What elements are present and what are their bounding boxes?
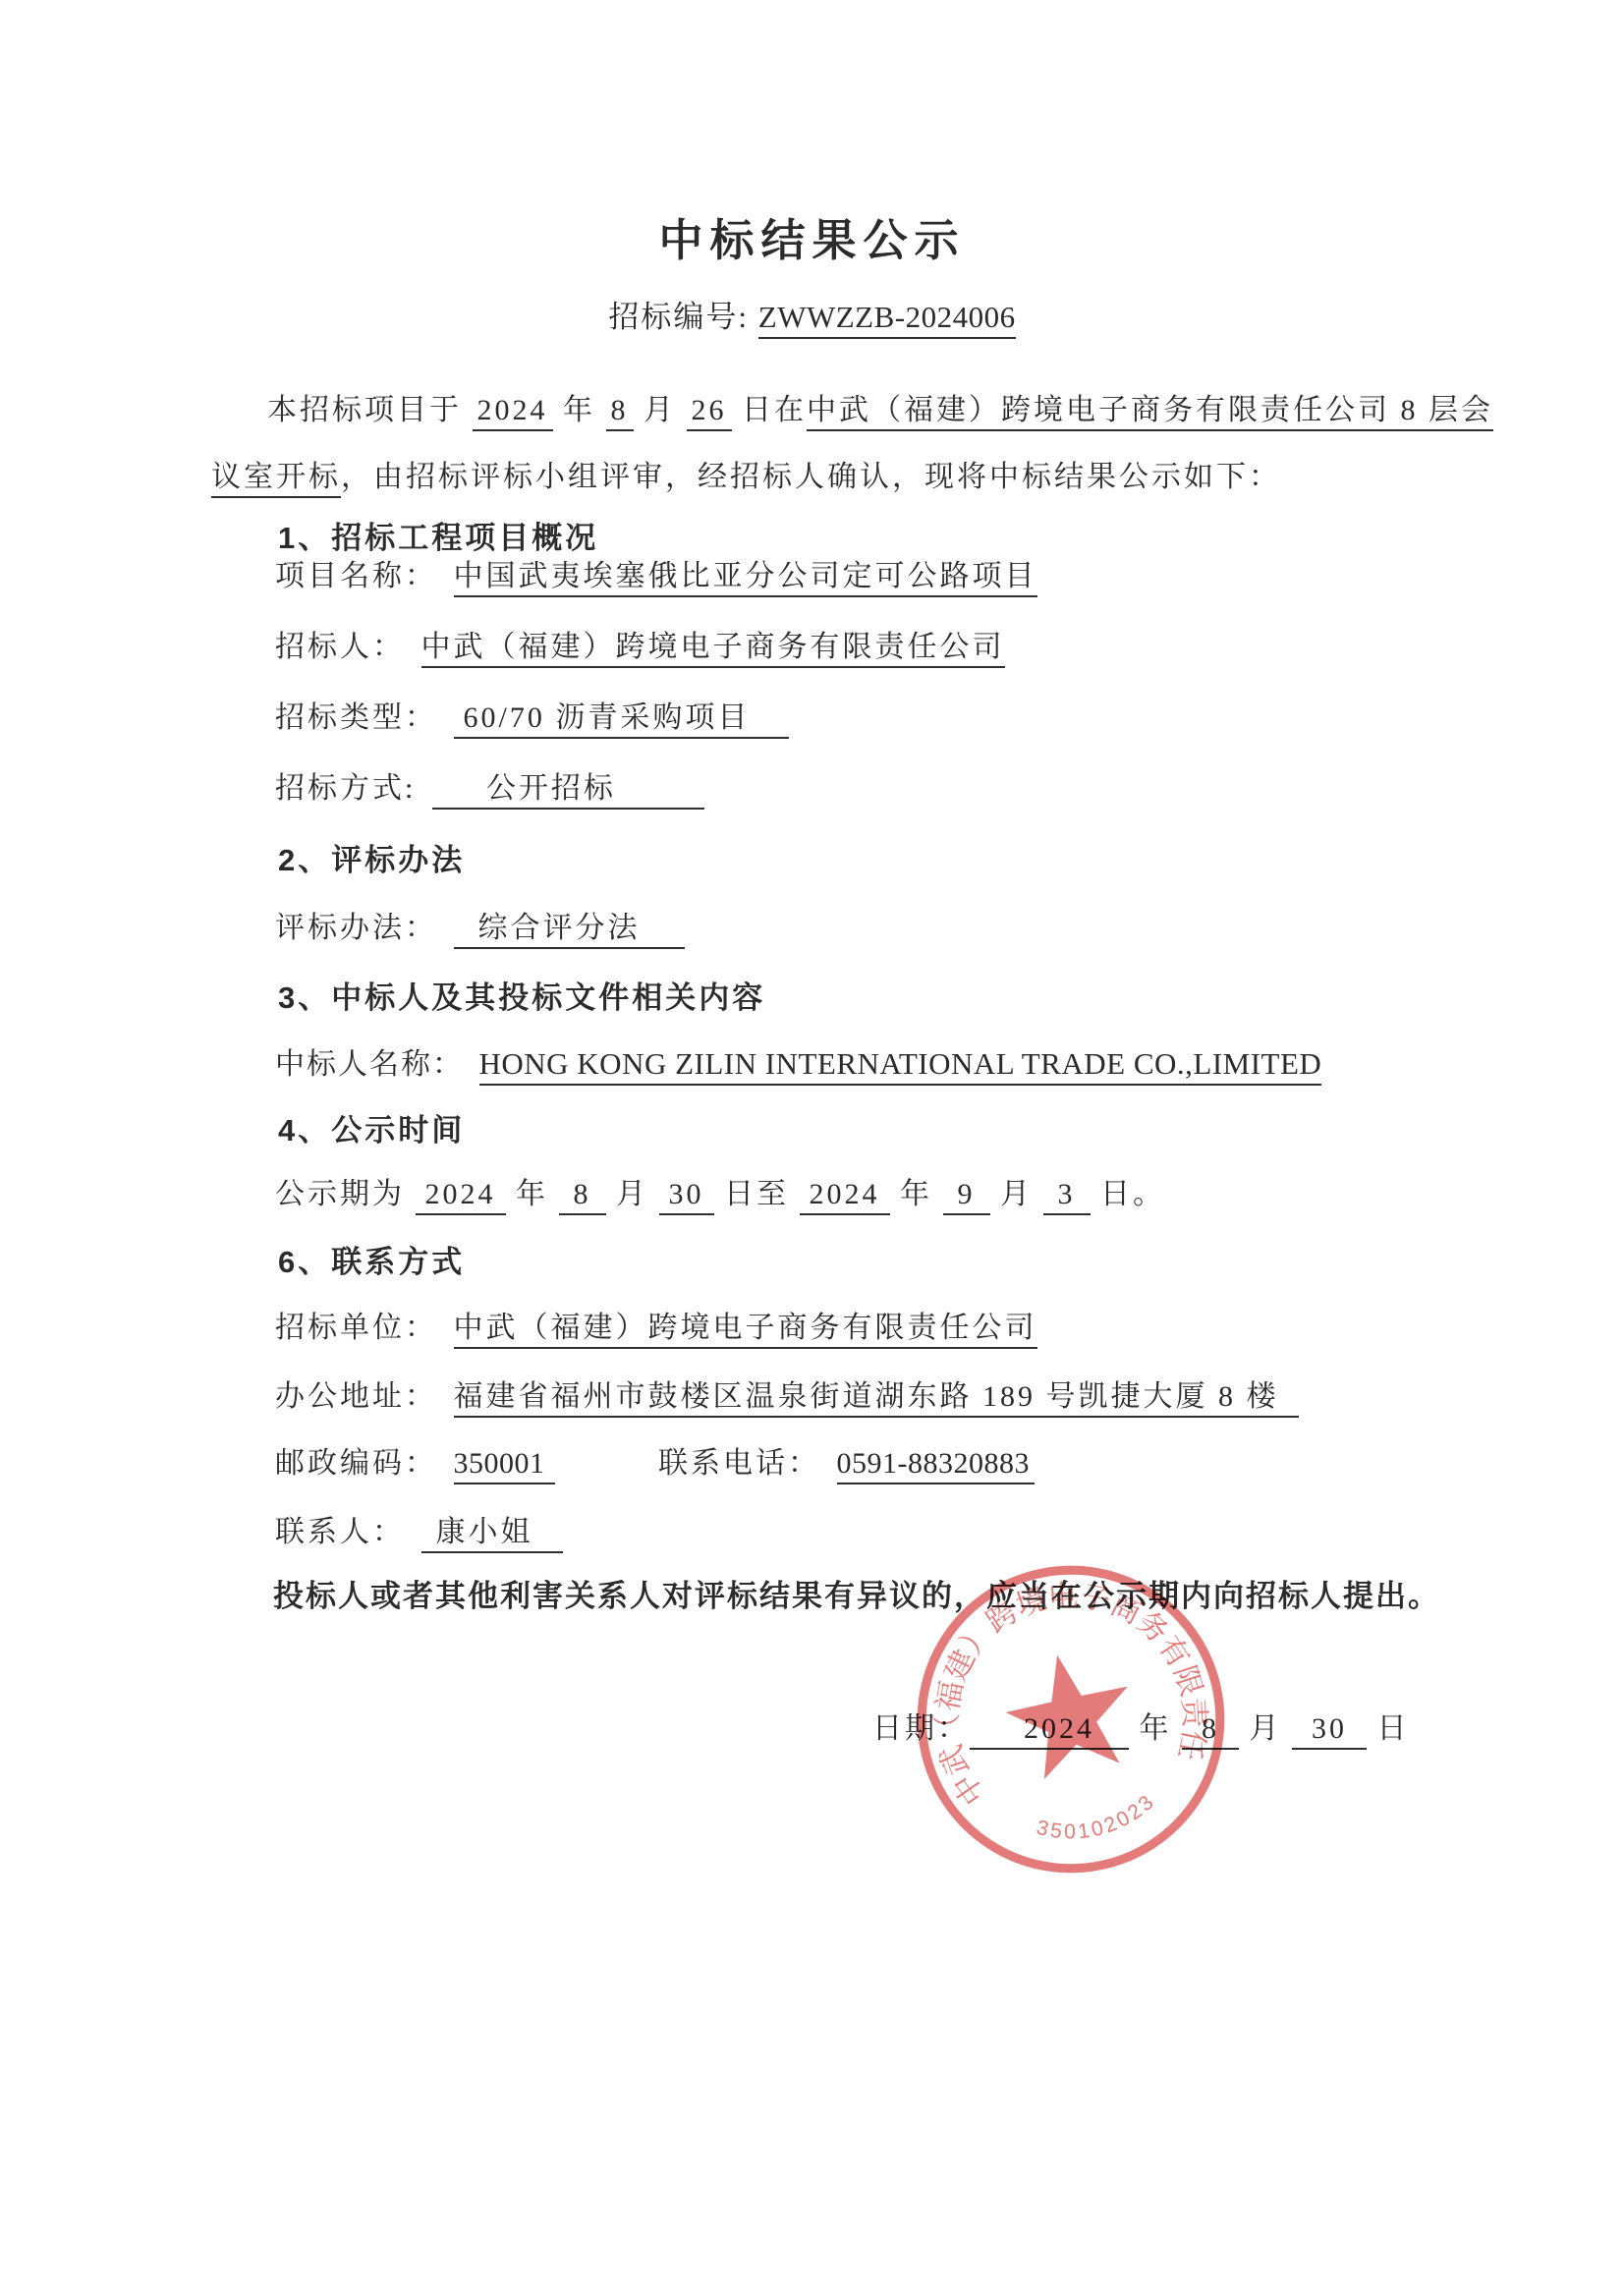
field-row-unit: 招标单位： 中武（福建）跨境电子商务有限责任公司 <box>275 1309 1037 1349</box>
underlined-text-segment: 30 <box>1292 1712 1367 1750</box>
field-row-contact-person: 联系人： 康小姐 <box>275 1513 563 1553</box>
bid-number-line: 招标编号: ZWWZZB-2024006 <box>0 297 1624 338</box>
intro-paragraph-line-1: 本招标项目于 2024 年 8 月 26 日在中武（福建）跨境电子商务有限责任公… <box>267 391 1493 431</box>
section-heading-contact: 6、联系方式 <box>278 1242 465 1283</box>
underlined-text-segment: 2024 <box>416 1178 506 1215</box>
field-row-tenderee: 招标人： 中武（福建）跨境电子商务有限责任公司 <box>275 628 1005 668</box>
underlined-text-segment: 2024 <box>800 1178 890 1215</box>
section-heading-overview: 1、招标工程项目概况 <box>278 518 598 559</box>
text-segment: 本招标项目于 <box>267 394 473 426</box>
tenderee-label: 招标人： <box>275 631 405 663</box>
underlined-text-segment: 26 <box>687 394 732 431</box>
field-row-eval-method: 评标办法： 综合评分法 <box>275 909 685 949</box>
winner-name-value: HONG KONG ZILIN INTERNATIONAL TRADE CO.,… <box>479 1046 1322 1086</box>
winner-name-label: 中标人名称： <box>275 1048 464 1081</box>
page-title: 中标结果公示 <box>0 211 1624 271</box>
underlined-text-segment: 8 <box>606 394 634 431</box>
seal-graphic: 中武（福建）跨境电子商务有限责任公司 3501020239962 <box>870 1519 1271 1920</box>
contact-person-value: 康小姐 <box>421 1516 563 1553</box>
underlined-text-segment: 中武（福建）跨境电子商务有限责任公司 8 层会 <box>807 394 1493 431</box>
unit-label: 招标单位： <box>275 1312 437 1344</box>
bid-type-value: 60/70 沥青采购项目 <box>454 701 790 739</box>
phone-label: 联系电话： <box>658 1447 820 1480</box>
text-segment: 公示期为 <box>275 1178 416 1210</box>
postcode-label: 邮政编码： <box>275 1447 437 1480</box>
field-row-address: 办公地址： 福建省福州市鼓楼区温泉街道湖东路 189 号凯捷大厦 8 楼 <box>275 1377 1299 1418</box>
bid-method-value: 公开招标 <box>432 772 704 810</box>
text-segment: 年 <box>506 1178 559 1210</box>
bid-method-label: 招标方式: <box>275 772 416 805</box>
underlined-text-segment: 8 <box>559 1178 606 1215</box>
text-segment: 年 <box>553 394 606 426</box>
text-segment: 日 <box>1367 1712 1410 1745</box>
underlined-text-segment: 2024 <box>473 394 553 431</box>
field-row-project-name: 项目名称： 中国武夷埃塞俄比亚分公司定可公路项目 <box>275 557 1037 597</box>
intro-paragraph-line-2: 议室开标，由招标评标小组评审，经招标人确认，现将中标结果公示如下： <box>211 458 1281 498</box>
scanned-document-page: 中标结果公示 招标编号: ZWWZZB-2024006 本招标项目于 2024 … <box>0 0 1624 2295</box>
field-row-bid-type: 招标类型： 60/70 沥青采购项目 <box>275 699 789 739</box>
text-segment: 月 <box>606 1178 659 1210</box>
publicity-period-line: 公示期为 2024 年 8 月 30 日至 2024 年 9 月 3 日。 <box>275 1175 1165 1215</box>
section-heading-winner: 3、中标人及其投标文件相关内容 <box>278 978 765 1019</box>
section-heading-evaluation: 2、评标办法 <box>278 840 465 881</box>
text-segment: 月 <box>634 394 687 426</box>
seal-company-name: 中武（福建）跨境电子商务有限责任公司 <box>870 1519 1223 1826</box>
project-name-label: 项目名称： <box>275 560 437 592</box>
address-value: 福建省福州市鼓楼区温泉街道湖东路 189 号凯捷大厦 8 楼 <box>454 1380 1299 1418</box>
field-row-postcode-phone: 邮政编码： 350001 联系电话： 0591-88320883 <box>275 1444 1035 1484</box>
text-segment: 日至 <box>714 1178 800 1210</box>
contact-person-label: 联系人： <box>275 1516 405 1548</box>
bid-number-value: ZWWZZB-2024006 <box>758 300 1016 339</box>
eval-method-label: 评标办法： <box>275 912 437 944</box>
section-heading-publicity: 4、公示时间 <box>278 1110 465 1151</box>
bid-number-label: 招标编号: <box>608 300 749 334</box>
underlined-text-segment: 9 <box>943 1178 990 1215</box>
field-row-bid-method: 招标方式: 公开招标 <box>275 769 704 810</box>
text-segment: 月 <box>990 1178 1043 1210</box>
postcode-value: 350001 <box>454 1447 555 1484</box>
text-segment: 日。 <box>1091 1178 1166 1210</box>
text-segment: ，由招标评标小组评审，经招标人确认，现将中标结果公示如下： <box>341 461 1281 493</box>
unit-value: 中武（福建）跨境电子商务有限责任公司 <box>454 1312 1037 1349</box>
seal-star-icon <box>996 1642 1143 1784</box>
text-segment: 年 <box>890 1178 943 1210</box>
underlined-text-segment: 3 <box>1043 1178 1091 1215</box>
bid-type-label: 招标类型： <box>275 701 437 734</box>
address-label: 办公地址： <box>275 1380 437 1413</box>
phone-value: 0591-88320883 <box>837 1447 1036 1484</box>
underlined-text-segment: 议室开标 <box>211 461 341 498</box>
underlined-text-segment: 30 <box>659 1178 714 1215</box>
company-seal-stamp: 中武（福建）跨境电子商务有限责任公司 3501020239962 <box>870 1519 1271 1920</box>
tenderee-value: 中武（福建）跨境电子商务有限责任公司 <box>421 631 1005 668</box>
project-name-value: 中国武夷埃塞俄比亚分公司定可公路项目 <box>454 560 1037 597</box>
eval-method-value: 综合评分法 <box>454 912 685 949</box>
objection-notice: 投标人或者其他利害关系人对评标结果有异议的，应当在公示期内向招标人提出。 <box>273 1576 1440 1617</box>
text-segment: 日在 <box>732 394 808 426</box>
field-row-winner-name: 中标人名称： HONG KONG ZILIN INTERNATIONAL TRA… <box>275 1043 1321 1086</box>
